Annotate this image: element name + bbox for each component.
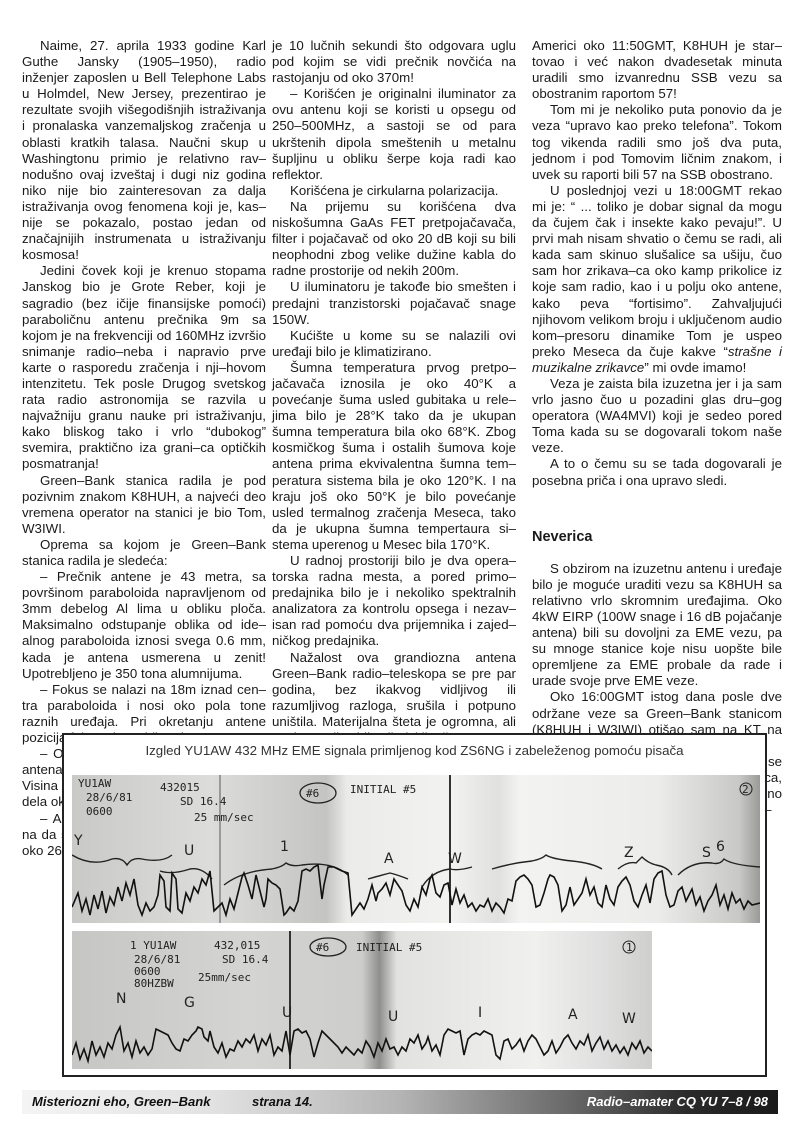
svg-text:A: A — [568, 1007, 578, 1023]
svg-text:1: 1 — [626, 941, 633, 954]
svg-text:1: 1 — [280, 839, 289, 855]
article-columns: Naime, 27. aprila 1933 godine Karl Guthe… — [22, 38, 782, 726]
svg-text:0600: 0600 — [86, 805, 113, 818]
svg-text:U: U — [388, 1009, 398, 1025]
paragraph: U radnoj prostoriji bilo je dva opera–to… — [272, 553, 516, 650]
svg-text:S: S — [702, 845, 711, 861]
chart-recorder-strip-2: 1 YU1AW 28/6/81 0600 80HZBW 432,015 SD 1… — [72, 931, 652, 1069]
paragraph-text: U poslednjoj vezi u 18:00GMT rekao mi je… — [532, 183, 782, 359]
paragraph: Na prijemu su korišćena dva niskošumna G… — [272, 199, 516, 279]
paragraph: Green–Bank stanica radila je pod pozivni… — [22, 473, 266, 537]
svg-text:25 mm/sec: 25 mm/sec — [194, 811, 254, 824]
svg-text:432,015: 432,015 — [214, 939, 260, 952]
svg-text:2: 2 — [742, 783, 749, 796]
svg-text:SD 16.4: SD 16.4 — [180, 795, 227, 808]
paragraph: Tom mi je nekoliko puta ponovio da je ve… — [532, 102, 782, 182]
paragraph: U poslednjoj vezi u 18:00GMT rekao mi je… — [532, 183, 782, 376]
svg-text:28/6/81: 28/6/81 — [86, 791, 132, 804]
spacer — [532, 513, 782, 529]
paragraph: Šumna temperatura prvog pretpo–jačavača … — [272, 360, 516, 553]
spacer — [532, 489, 782, 513]
section-heading-neverica: Neverica — [532, 529, 782, 545]
svg-text:INITIAL #5: INITIAL #5 — [350, 783, 416, 796]
svg-text:N: N — [116, 991, 126, 1007]
footer-magazine-issue: Radio–amater CQ YU 7–8 / 98 — [587, 1094, 768, 1109]
paragraph: Americi oko 11:50GMT, K8HUH je star–tova… — [532, 38, 782, 102]
svg-text:A: A — [384, 851, 394, 867]
svg-text:G: G — [184, 995, 195, 1011]
signal-trace-2: 1 YU1AW 28/6/81 0600 80HZBW 432,015 SD 1… — [72, 931, 652, 1069]
svg-text:INITIAL #5: INITIAL #5 — [356, 941, 422, 954]
svg-text:1 YU1AW: 1 YU1AW — [130, 939, 177, 952]
paragraph-text: ” mi ovde imamo! — [644, 360, 746, 375]
svg-text:W: W — [448, 851, 462, 867]
svg-text:432015: 432015 — [160, 781, 200, 794]
paragraph: Korišćena je cirkularna polarizacija. — [272, 183, 516, 199]
svg-text:YU1AW: YU1AW — [78, 777, 111, 790]
spacer — [532, 545, 782, 561]
footer-article-title: Misteriozni eho, Green–Bank — [32, 1094, 210, 1109]
svg-text:U: U — [282, 1005, 292, 1021]
svg-text:U: U — [184, 843, 194, 859]
svg-text:#6: #6 — [316, 941, 329, 954]
column-3: Americi oko 11:50GMT, K8HUH je star–tova… — [532, 38, 782, 818]
paragraph: S obzirom na izuzetnu antenu i uređaje b… — [532, 561, 782, 690]
paragraph: je 10 lučnih sekundi što odgovara uglu p… — [272, 38, 516, 86]
page-footer: Misteriozni eho, Green–Bank strana 14. R… — [22, 1090, 778, 1114]
paragraph: A to o čemu su se tada dogovarali je pos… — [532, 456, 782, 488]
paragraph: Naime, 27. aprila 1933 godine Karl Guthe… — [22, 38, 266, 263]
paragraph: Jedini čovek koji je krenuo stopama Jans… — [22, 263, 266, 472]
svg-text:80HZBW: 80HZBW — [134, 977, 174, 990]
figure-caption: Izgled YU1AW 432 MHz EME signala primlje… — [64, 743, 765, 758]
footer-page-number: strana 14. — [252, 1094, 313, 1109]
paragraph: Kućište u kome su se nalazili ovi uređaj… — [272, 328, 516, 360]
svg-text:W: W — [622, 1011, 636, 1027]
paragraph: – Prečnik antene je 43 metra, sa površin… — [22, 569, 266, 682]
svg-text:SD 16.4: SD 16.4 — [222, 953, 269, 966]
svg-text:I: I — [478, 1005, 482, 1021]
chart-recorder-strip-1: YU1AW 28/6/81 0600 432015 SD 16.4 25 mm/… — [72, 775, 760, 923]
figure-eme-signal-recording: Izgled YU1AW 432 MHz EME signala primlje… — [62, 733, 767, 1077]
svg-text:6: 6 — [716, 839, 725, 855]
svg-text:#6: #6 — [306, 787, 319, 800]
paragraph: U iluminatoru je takođe bio smešten i pr… — [272, 279, 516, 327]
signal-trace-1: YU1AW 28/6/81 0600 432015 SD 16.4 25 mm/… — [72, 775, 760, 923]
paragraph: – Korišćen je originalni iluminator za o… — [272, 86, 516, 183]
paragraph: Oprema sa kojom je Green–Bank stanica ra… — [22, 537, 266, 569]
svg-text:Y: Y — [73, 833, 83, 849]
paragraph: Veza je zaista bila izuzetna jer i ja sa… — [532, 376, 782, 456]
svg-text:Z: Z — [624, 845, 634, 861]
svg-text:25mm/sec: 25mm/sec — [198, 971, 251, 984]
column-2: je 10 lučnih sekundi što odgovara uglu p… — [272, 38, 516, 851]
